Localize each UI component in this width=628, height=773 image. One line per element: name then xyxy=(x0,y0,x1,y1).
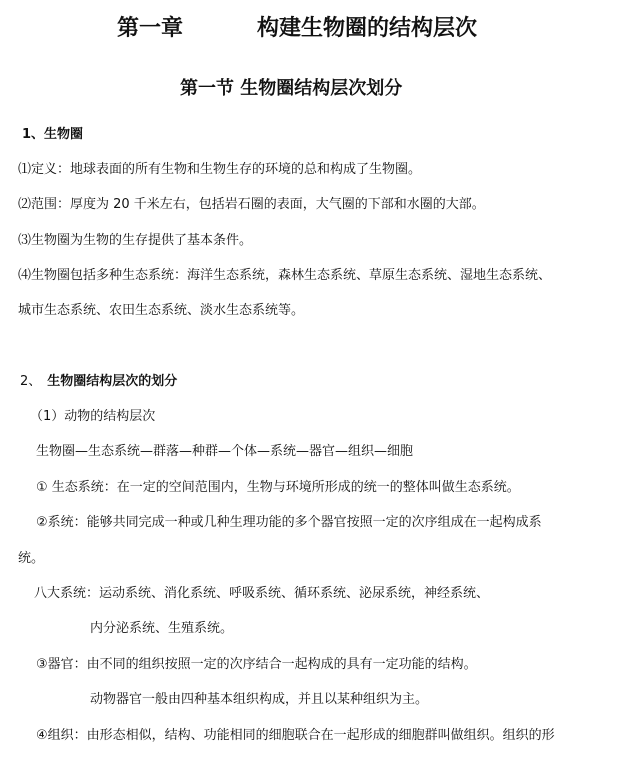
part1-item-conditions: ⑶生物圈为生物的生存提供了基本条件。 xyxy=(18,233,252,249)
chapter-title: 构建生物圈的结构层次 xyxy=(257,16,477,42)
item-ecosystem: ① 生态系统：在一定的空间范围内，生物与环境所形成的统一的整体叫做生态系统。 xyxy=(36,480,520,496)
part1-item-ecosystems: ⑷生物圈包括多种生态系统：海洋生态系统，森林生态系统、草原生态系统、湿地生态系统… xyxy=(18,268,551,284)
part2-heading: 2、生物圈结构层次的划分 xyxy=(20,374,177,390)
part1-item-ecosystems-cont: 城市生态系统、农田生态系统、淡水生态系统等。 xyxy=(18,303,304,319)
item-organ-cont: 动物器官一般由四种基本组织构成，并且以某种组织为主。 xyxy=(90,692,428,708)
part2-heading-text: 生物圈结构层次的划分 xyxy=(47,374,177,389)
part1-item-range: ⑵范围：厚度为 20 千米左右，包括岩石圈的表面，大气圈的下部和水圈的大部。 xyxy=(18,197,485,213)
hierarchy-chain: 生物圈—生态系统—群落—种群—个体—系统—器官—组织—细胞 xyxy=(36,444,413,460)
item-system: ②系统：能够共同完成一种或几种生理功能的多个器官按照一定的次序组成在一起构成系 xyxy=(36,515,542,531)
eight-systems: 八大系统：运动系统、消化系统、呼吸系统、循环系统、泌尿系统，神经系统、 xyxy=(34,586,489,602)
part1-item-definition: ⑴定义：地球表面的所有生物和生物生存的环境的总和构成了生物圈。 xyxy=(18,162,421,178)
section-title: 第一节 生物圈结构层次划分 xyxy=(180,78,402,100)
part1-heading: 1、生物圈 xyxy=(22,127,83,143)
item-tissue: ④组织：由形态相似，结构、功能相同的细胞联合在一起形成的细胞群叫做组织。组织的形 xyxy=(36,728,555,744)
item-system-cont: 统。 xyxy=(18,551,44,567)
part2-heading-number: 2、 xyxy=(20,374,41,389)
eight-systems-cont: 内分泌系统、生殖系统。 xyxy=(90,621,233,637)
chapter-number: 第一章 xyxy=(117,16,183,42)
part2-sub1: （1）动物的结构层次 xyxy=(30,409,155,425)
item-organ: ③器官：由不同的组织按照一定的次序结合一起构成的具有一定功能的结构。 xyxy=(36,657,477,673)
